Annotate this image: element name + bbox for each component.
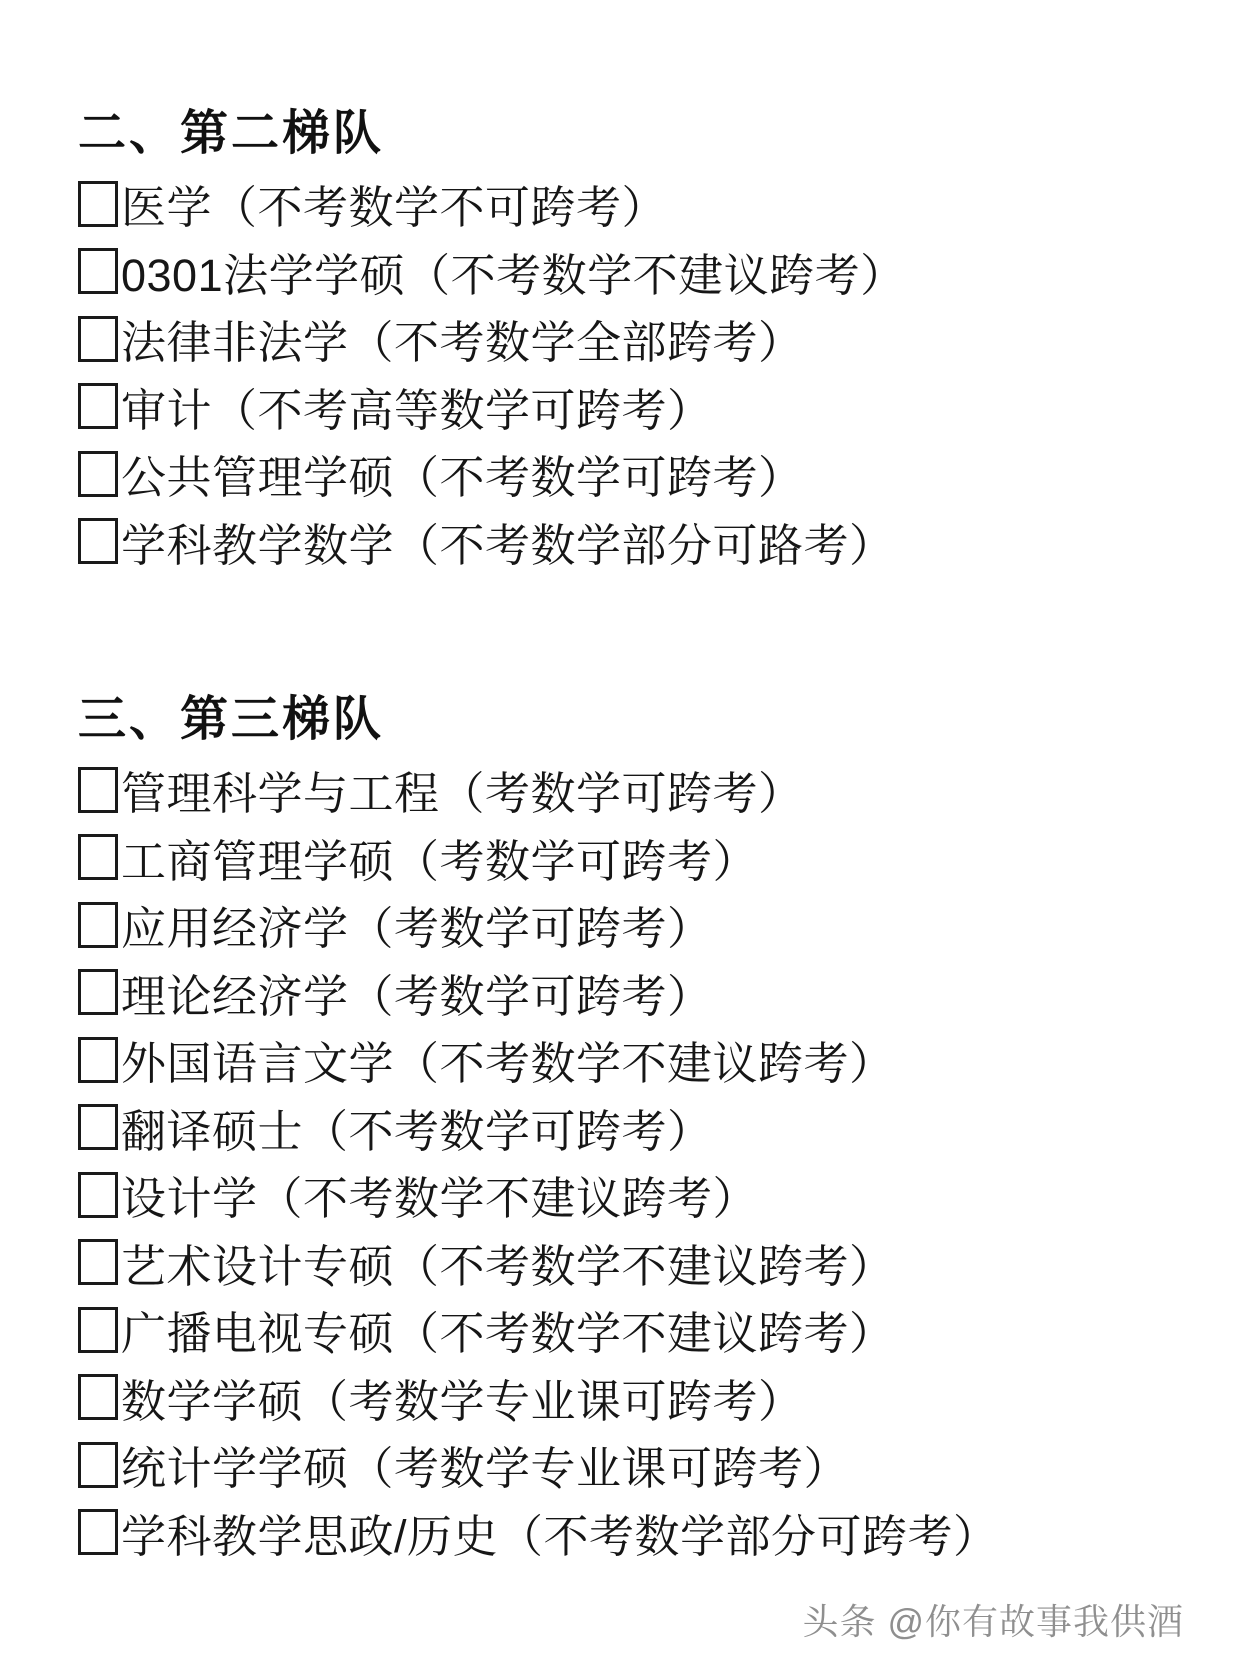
item-label: 艺术设计专硕（不考数学不建议跨考） bbox=[121, 1230, 895, 1295]
list-item: 医学（不考数学不可跨考） bbox=[78, 170, 1202, 238]
checkbox-icon bbox=[78, 1374, 118, 1420]
checkbox-icon bbox=[78, 1509, 118, 1555]
item-label: 法律非法学（不考数学全部跨考） bbox=[121, 306, 804, 371]
section-tier-3: 三、第三梯队 管理科学与工程（考数学可跨考） 工商管理学硕（考数学可跨考） 应用… bbox=[78, 692, 1202, 1566]
list-item: 外国语言文学（不考数学不建议跨考） bbox=[78, 1026, 1202, 1094]
item-label: 工商管理学硕（考数学可跨考） bbox=[121, 825, 758, 890]
section-tier-2: 二、第二梯队 医学（不考数学不可跨考） 0301法学学硕（不考数学不建议跨考） … bbox=[78, 106, 1202, 575]
list-item: 艺术设计专硕（不考数学不建议跨考） bbox=[78, 1229, 1202, 1297]
checkbox-icon bbox=[78, 1037, 118, 1083]
item-label: 公共管理学硕（不考数学可跨考） bbox=[121, 441, 804, 506]
section-heading: 二、第二梯队 bbox=[78, 106, 1202, 162]
item-label: 医学（不考数学不可跨考） bbox=[121, 171, 667, 236]
section-heading: 三、第三梯队 bbox=[78, 692, 1202, 748]
list-item: 工商管理学硕（考数学可跨考） bbox=[78, 824, 1202, 892]
item-label: 理论经济学（考数学可跨考） bbox=[121, 960, 713, 1025]
tier-3-list: 管理科学与工程（考数学可跨考） 工商管理学硕（考数学可跨考） 应用经济学（考数学… bbox=[78, 756, 1202, 1566]
checkbox-icon bbox=[78, 248, 118, 294]
checkbox-icon bbox=[78, 1442, 118, 1488]
list-item: 管理科学与工程（考数学可跨考） bbox=[78, 756, 1202, 824]
checkbox-icon bbox=[78, 316, 118, 362]
list-item: 0301法学学硕（不考数学不建议跨考） bbox=[78, 238, 1202, 306]
checkbox-icon bbox=[78, 1307, 118, 1353]
list-item: 公共管理学硕（不考数学可跨考） bbox=[78, 440, 1202, 508]
checkbox-icon bbox=[78, 1104, 118, 1150]
document-body: 二、第二梯队 医学（不考数学不可跨考） 0301法学学硕（不考数学不建议跨考） … bbox=[78, 106, 1202, 1566]
item-label: 0301法学学硕（不考数学不建议跨考） bbox=[121, 239, 906, 304]
checkbox-icon bbox=[78, 767, 118, 813]
item-label: 学科教学思政/历史（不考数学部分可跨考） bbox=[121, 1500, 999, 1565]
tier-2-list: 医学（不考数学不可跨考） 0301法学学硕（不考数学不建议跨考） 法律非法学（不… bbox=[78, 170, 1202, 575]
list-item: 设计学（不考数学不建议跨考） bbox=[78, 1161, 1202, 1229]
checkbox-icon bbox=[78, 1239, 118, 1285]
checkbox-icon bbox=[78, 181, 118, 227]
item-label: 统计学学硕（考数学专业课可跨考） bbox=[121, 1432, 849, 1497]
checkbox-icon bbox=[78, 518, 118, 564]
item-label: 审计（不考高等数学可跨考） bbox=[121, 374, 713, 439]
item-label: 数学学硕（考数学专业课可跨考） bbox=[121, 1365, 804, 1430]
list-item: 应用经济学（考数学可跨考） bbox=[78, 891, 1202, 959]
list-item: 统计学学硕（考数学专业课可跨考） bbox=[78, 1431, 1202, 1499]
checkbox-icon bbox=[78, 1172, 118, 1218]
list-item: 翻译硕士（不考数学可跨考） bbox=[78, 1094, 1202, 1162]
item-label: 应用经济学（考数学可跨考） bbox=[121, 892, 713, 957]
list-item: 法律非法学（不考数学全部跨考） bbox=[78, 305, 1202, 373]
item-label: 学科教学数学（不考数学部分可路考） bbox=[121, 509, 895, 574]
item-label: 设计学（不考数学不建议跨考） bbox=[121, 1162, 758, 1227]
item-label: 外国语言文学（不考数学不建议跨考） bbox=[121, 1027, 895, 1092]
list-item: 广播电视专硕（不考数学不建议跨考） bbox=[78, 1296, 1202, 1364]
item-label: 翻译硕士（不考数学可跨考） bbox=[121, 1095, 713, 1160]
checkbox-icon bbox=[78, 451, 118, 497]
checkbox-icon bbox=[78, 834, 118, 880]
checkbox-icon bbox=[78, 383, 118, 429]
list-item: 学科教学数学（不考数学部分可路考） bbox=[78, 508, 1202, 576]
checkbox-icon bbox=[78, 902, 118, 948]
item-label: 管理科学与工程（考数学可跨考） bbox=[121, 757, 804, 822]
watermark: 头条 @你有故事我供酒 bbox=[802, 1594, 1184, 1645]
checkbox-icon bbox=[78, 969, 118, 1015]
item-label: 广播电视专硕（不考数学不建议跨考） bbox=[121, 1297, 895, 1362]
list-item: 学科教学思政/历史（不考数学部分可跨考） bbox=[78, 1499, 1202, 1567]
list-item: 数学学硕（考数学专业课可跨考） bbox=[78, 1364, 1202, 1432]
list-item: 审计（不考高等数学可跨考） bbox=[78, 373, 1202, 441]
list-item: 理论经济学（考数学可跨考） bbox=[78, 959, 1202, 1027]
